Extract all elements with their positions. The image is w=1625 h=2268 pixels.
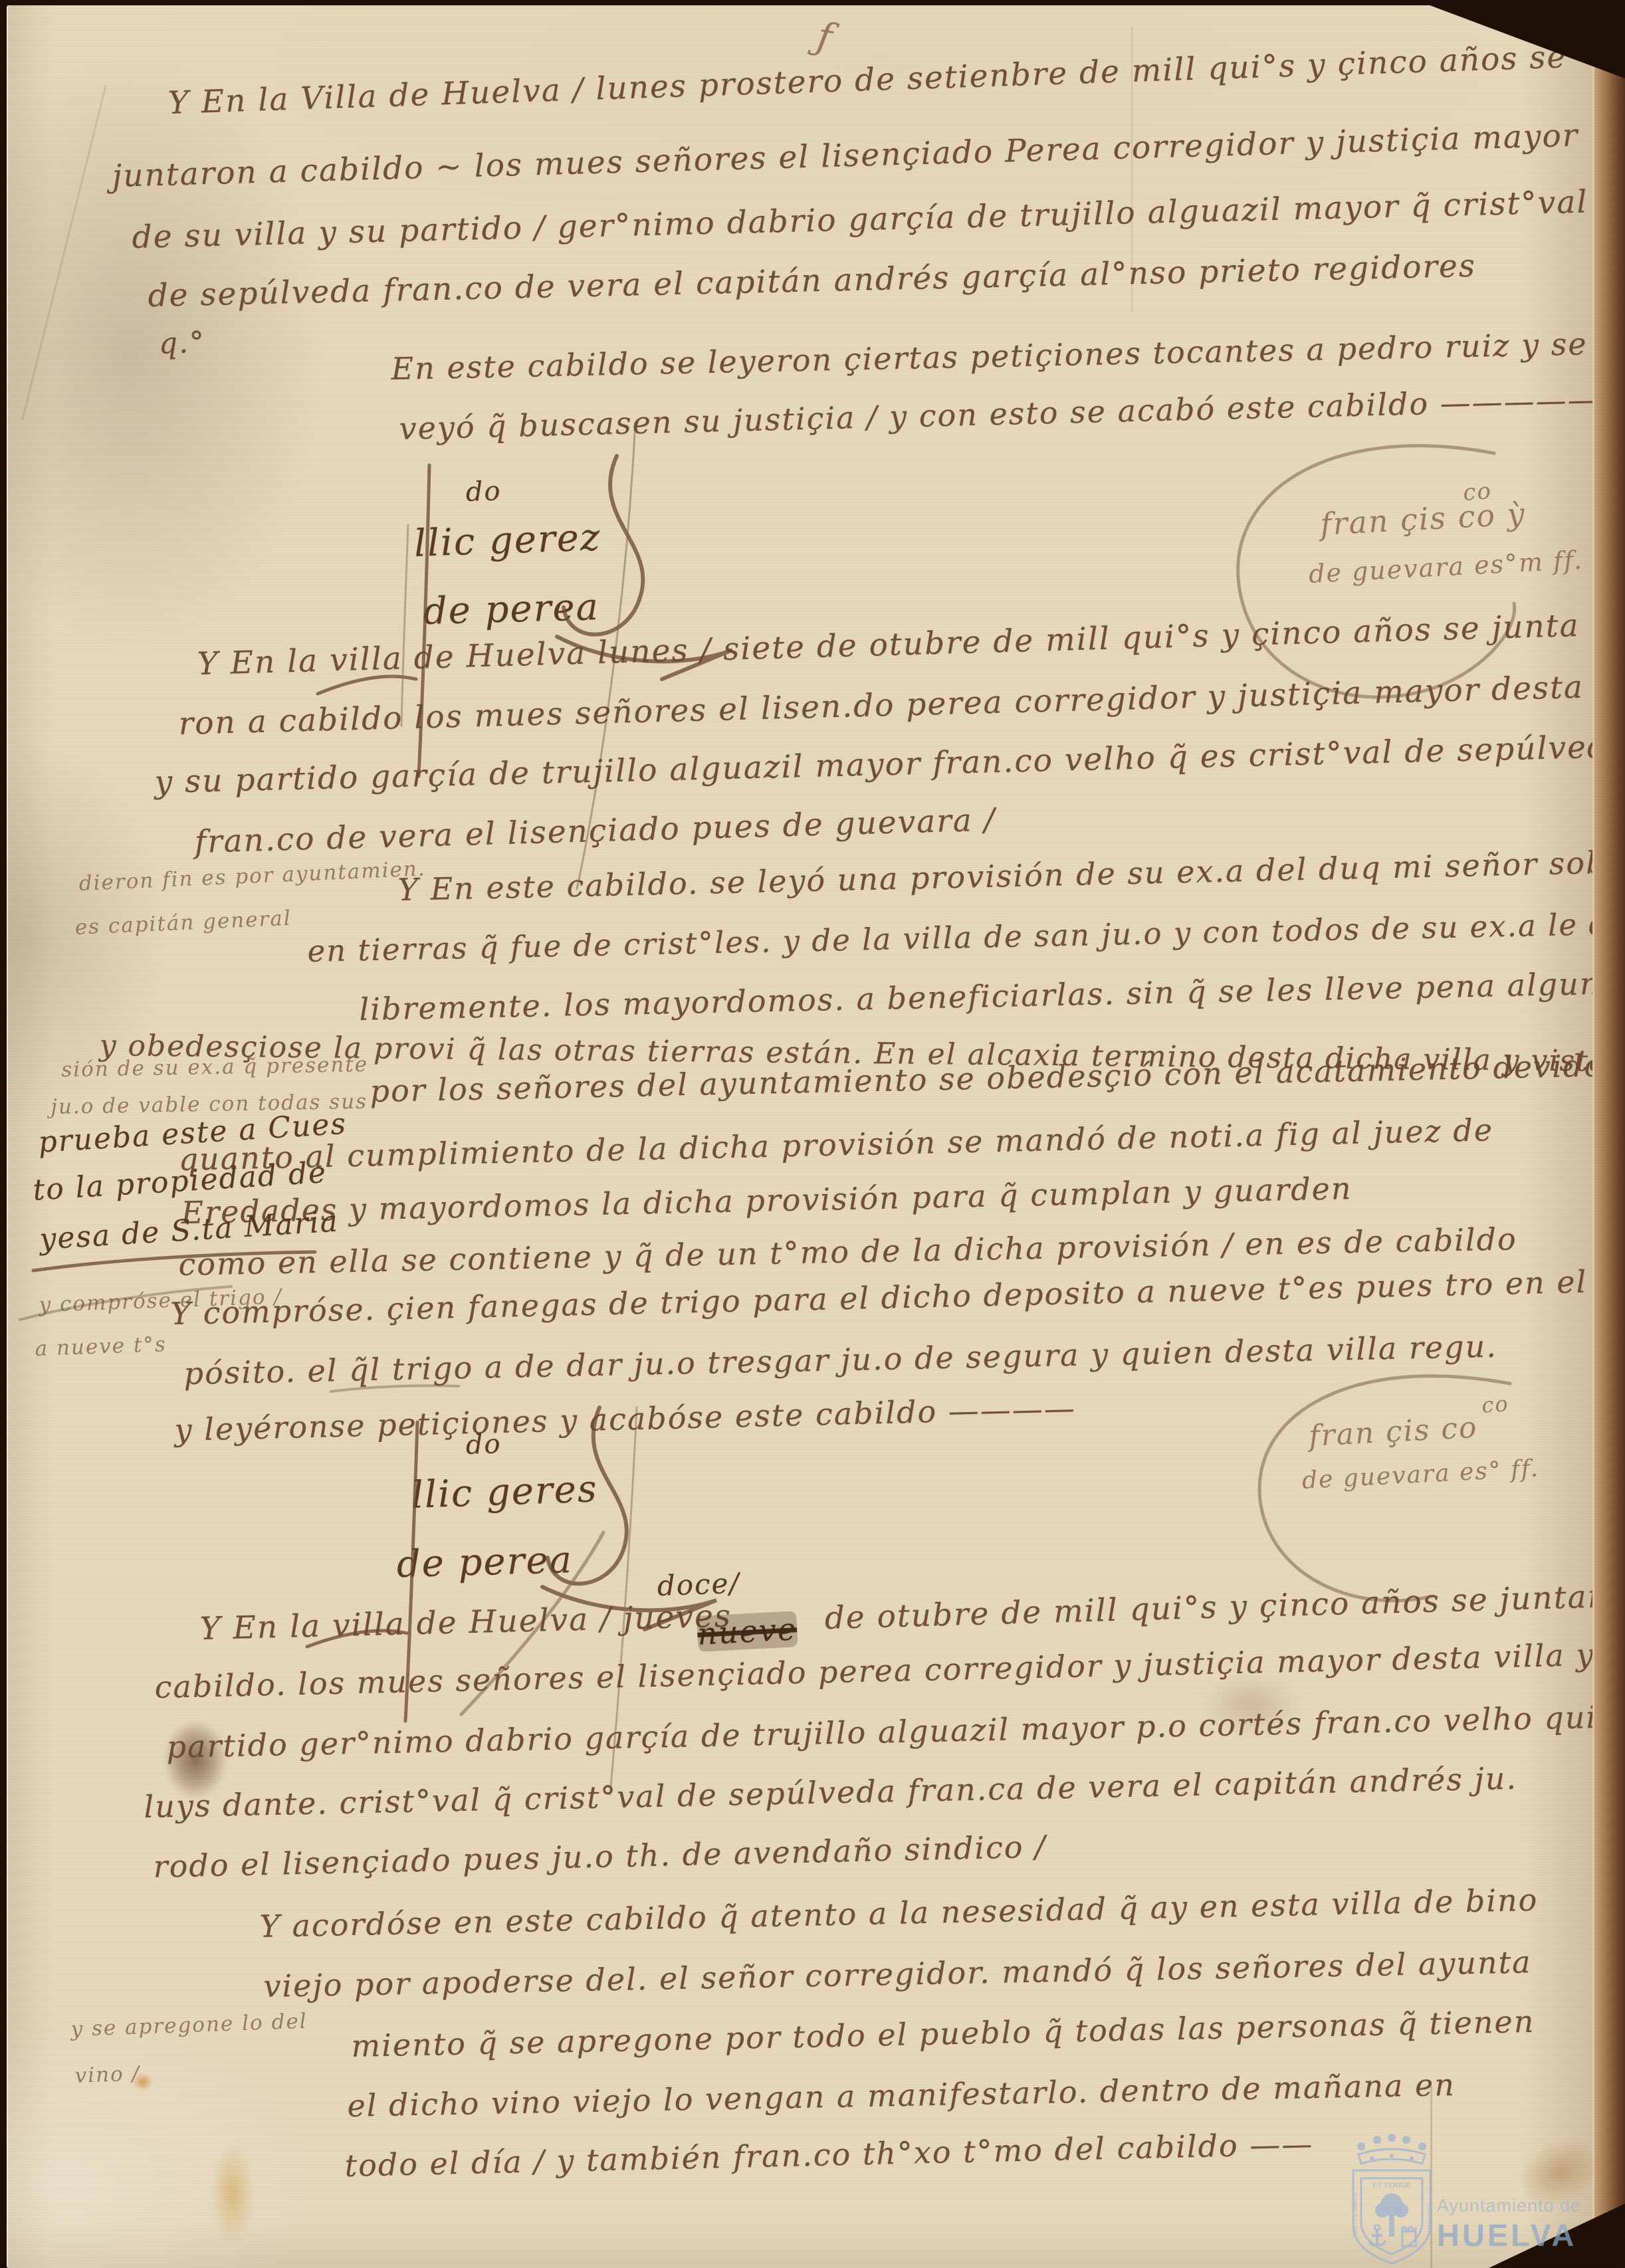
manuscript-line: co: [1481, 1391, 1510, 1418]
manuscript-scan: ƒ Y En la Villa de Huelva / lunes proste…: [0, 0, 1625, 2268]
manuscript-line: llic gerez: [413, 516, 601, 566]
manuscript-line: llic geres: [411, 1467, 599, 1517]
book-fore-edge: [1592, 35, 1625, 2268]
manuscript-line: do: [465, 1429, 502, 1461]
manuscript-line: doce/: [657, 1567, 740, 1602]
manuscript-line: de perea: [396, 1538, 574, 1586]
manuscript-line: de perea: [423, 585, 600, 633]
manuscript-line: nueve: [697, 1611, 798, 1652]
manuscript-line: q.°: [158, 326, 206, 361]
manuscript-line: vino /: [74, 2062, 141, 2088]
manuscript-line: a nueve t°s: [35, 1332, 167, 1361]
manuscript-line: do: [465, 476, 502, 508]
